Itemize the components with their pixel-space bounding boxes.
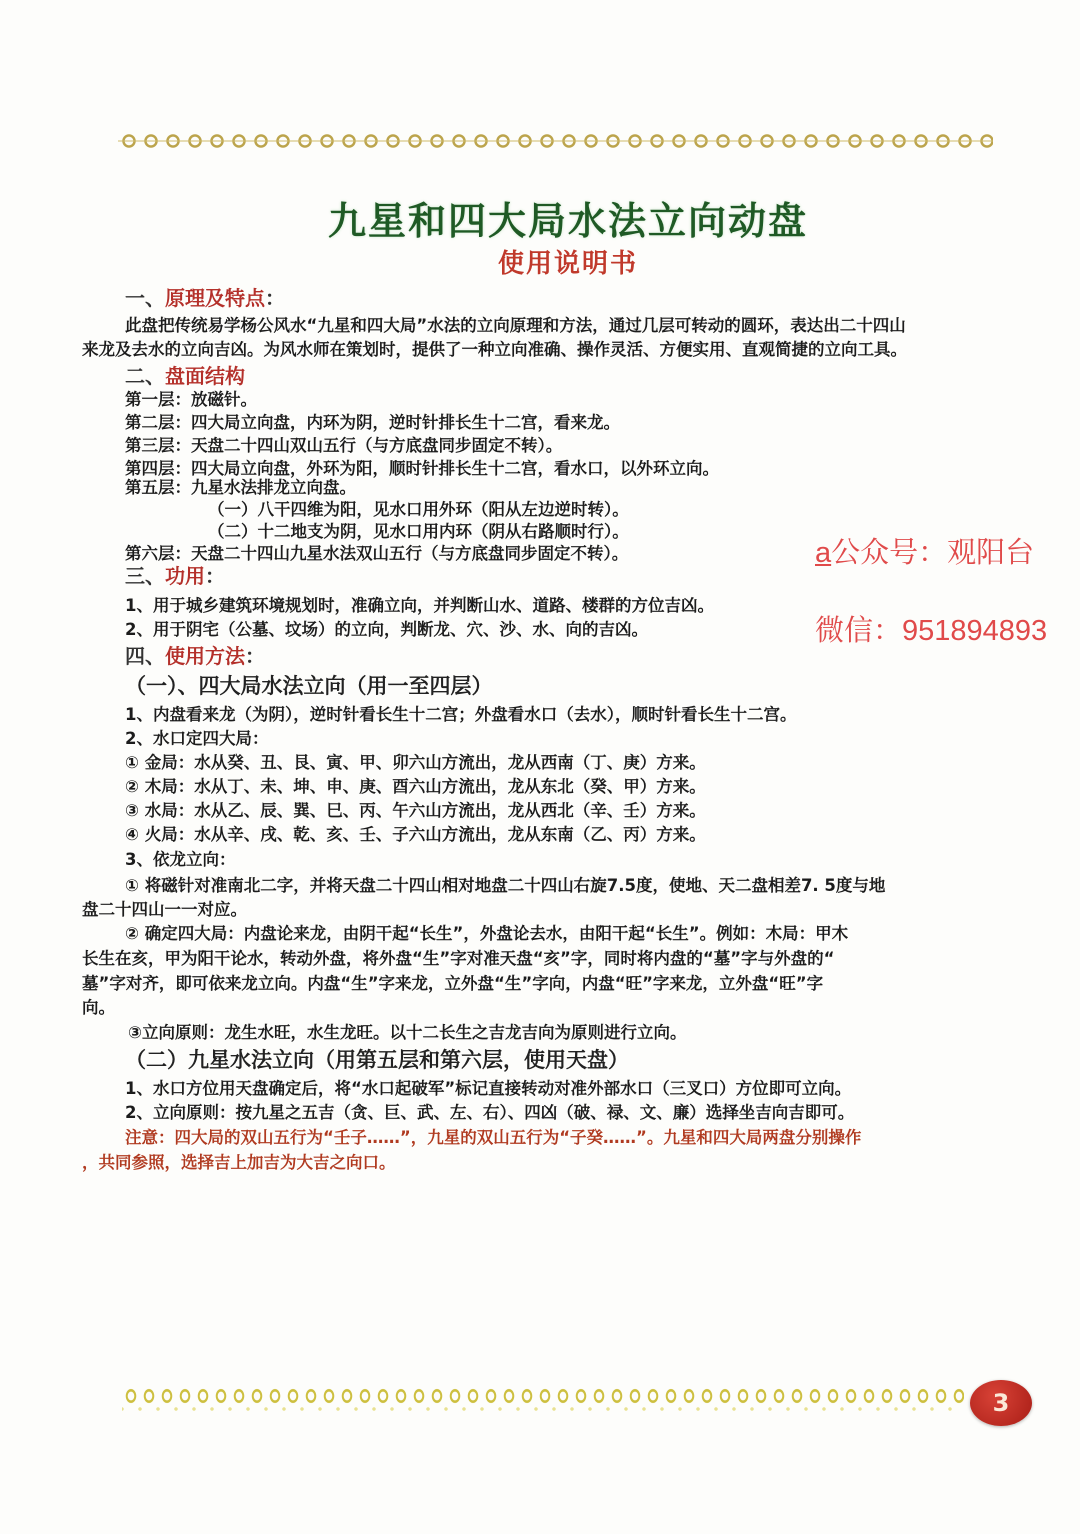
section-number: 二、 xyxy=(125,364,165,388)
usage-line: ① 金局：水从癸、丑、艮、寅、甲、卯六山方流出，龙从西南（丁、庚）方来。 xyxy=(125,749,706,773)
usage-line: ③立向原则：龙生水旺，水生龙旺。以十二长生之吉龙吉向为原则进行立向。 xyxy=(128,1019,686,1043)
usage-line: ④ 火局：水从辛、戌、乾、亥、壬、子六山方流出，龙从东南（乙、丙）方来。 xyxy=(125,821,706,845)
layer-item: 第三层：天盘二十四山双山五行（与方底盘同步固定不转）。 xyxy=(125,432,562,456)
watermark-prefix: a xyxy=(815,537,831,569)
note-line: ，共同参照，选择吉上加吉为大吉之向口。 xyxy=(82,1149,396,1173)
function-item: 1、用于城乡建筑环境规划时，准确立向，并判断山水、道路、楼群的方位吉凶。 xyxy=(125,592,714,616)
section-title: 功用 xyxy=(165,564,205,588)
usage-line: 长生在亥，甲为阳干论水，转动外盘，将外盘“生”字对准天盘“亥”字，同时将内盘的“… xyxy=(82,945,834,969)
section-heading-usage: 四、使用方法： xyxy=(125,640,265,669)
section-title: 原理及特点 xyxy=(165,286,265,310)
usage-line: 2、水口定四大局： xyxy=(125,725,268,749)
colon: ： xyxy=(245,644,265,668)
usage-line: ② 木局：水从丁、未、坤、申、庚、酉六山方流出，龙从东北（癸、甲）方来。 xyxy=(125,773,706,797)
top-decorative-border xyxy=(118,130,993,152)
usage-line: 向。 xyxy=(82,994,115,1018)
layer-subitem: （一）八干四维为阳，见水口用外环（阳从左边逆时转）。 xyxy=(208,496,629,520)
section-number: 三、 xyxy=(125,564,165,588)
document-title: 九星和四大局水法立向动盘 xyxy=(0,190,1080,245)
watermark-account: a公众号：观阳台 xyxy=(815,530,1034,571)
usage-line: 盘二十四山一一对应。 xyxy=(82,896,247,920)
usage-line: 墓”字对齐，即可依来龙立向。内盘“生”字来龙，立外盘“生”字向，内盘“旺”字来龙… xyxy=(82,970,823,994)
layer-item: 第二层：四大局立向盘，内环为阴，逆时针排长生十二宫，看来龙。 xyxy=(125,409,620,433)
subsection-heading-nine-stars: （二）九星水法立向（用第五层和第六层，使用天盘） xyxy=(125,1044,629,1074)
section-heading-functions: 三、功用： xyxy=(125,560,225,589)
paragraph-line: 此盘把传统易学杨公风水“九星和四大局”水法的立向原理和方法，通过几层可转动的圆环… xyxy=(125,312,906,336)
layer-item: 第五层：九星水法排龙立向盘。 xyxy=(125,474,356,498)
function-item: 2、用于阴宅（公墓、坟场）的立向，判断龙、穴、沙、水、向的吉凶。 xyxy=(125,616,648,640)
usage-line: 3、依龙立向： xyxy=(125,846,235,870)
page-number-badge: 3 xyxy=(970,1380,1032,1426)
paragraph-line: 来龙及去水的立向吉凶。为风水师在策划时，提供了一种立向准确、操作灵活、方便实用、… xyxy=(82,336,907,360)
section-heading-principles: 一、原理及特点： xyxy=(125,282,285,311)
layer-item: 第一层：放磁针。 xyxy=(125,386,257,410)
note-line: 注意：四大局的双山五行为“壬子……”，九星的双山五行为“子癸……”。九星和四大局… xyxy=(125,1124,861,1148)
subsection-heading-four-bureaus: （一）、四大局水法立向（用一至四层） xyxy=(125,670,493,700)
document-subtitle: 使用说明书 xyxy=(0,243,1080,280)
watermark-wechat: 微信：951894893 xyxy=(815,608,1047,649)
section-number: 四、 xyxy=(125,644,165,668)
section-heading-structure: 二、盘面结构 xyxy=(125,360,245,389)
usage-line: 2、立向原则：按九星之五吉（贪、巨、武、左、右）、四凶（破、禄、文、廉）选择坐吉… xyxy=(125,1099,854,1123)
colon: ： xyxy=(265,286,285,310)
colon: ： xyxy=(205,564,225,588)
section-title: 使用方法 xyxy=(165,644,245,668)
section-number: 一、 xyxy=(125,286,165,310)
usage-line: ② 确定四大局：内盘论来龙，由阴干起“长生”，外盘论去水，由阳干起“长生”。例如… xyxy=(125,920,848,944)
watermark-account-text: 公众号：观阳台 xyxy=(831,537,1034,569)
bottom-decorative-border xyxy=(122,1388,964,1416)
usage-line: ③ 水局：水从乙、辰、巽、巳、丙、午六山方流出，龙从西北（辛、壬）方来。 xyxy=(125,797,706,821)
usage-line: ① 将磁针对准南北二字，并将天盘二十四山相对地盘二十四山右旋7.5度，使地、天二… xyxy=(125,872,885,896)
section-title: 盘面结构 xyxy=(165,364,245,388)
layer-subitem: （二）十二地支为阴，见水口用内环（阴从右路顺时行）。 xyxy=(208,518,629,542)
usage-line: 1、水口方位用天盘确定后，将“水口起破军”标记直接转动对准外部水口（三叉口）方位… xyxy=(125,1075,851,1099)
usage-line: 1、内盘看来龙（为阴），逆时针看长生十二宫；外盘看水口（去水），顺时针看长生十二… xyxy=(125,701,796,725)
